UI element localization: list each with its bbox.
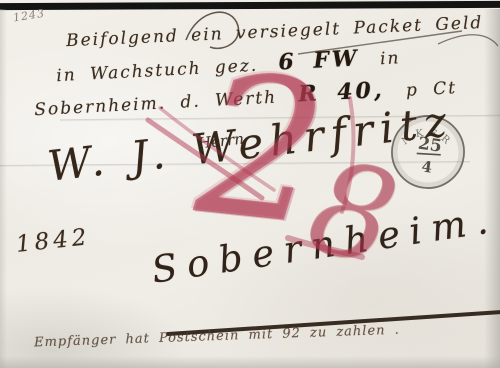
value-mark-r40: R 40, <box>298 79 385 105</box>
paper-right-edge <box>484 9 500 368</box>
note2-text-end: in <box>380 50 401 68</box>
letter-photo: NKER 25 4 1243 Beifolgend ein versiegelt… <box>0 0 500 368</box>
paper-bottom-edge <box>0 356 500 368</box>
paper-left-edge <box>0 9 7 368</box>
postmark-month: 4 <box>420 157 433 176</box>
value-mark-fw: 6 FW <box>278 47 360 73</box>
